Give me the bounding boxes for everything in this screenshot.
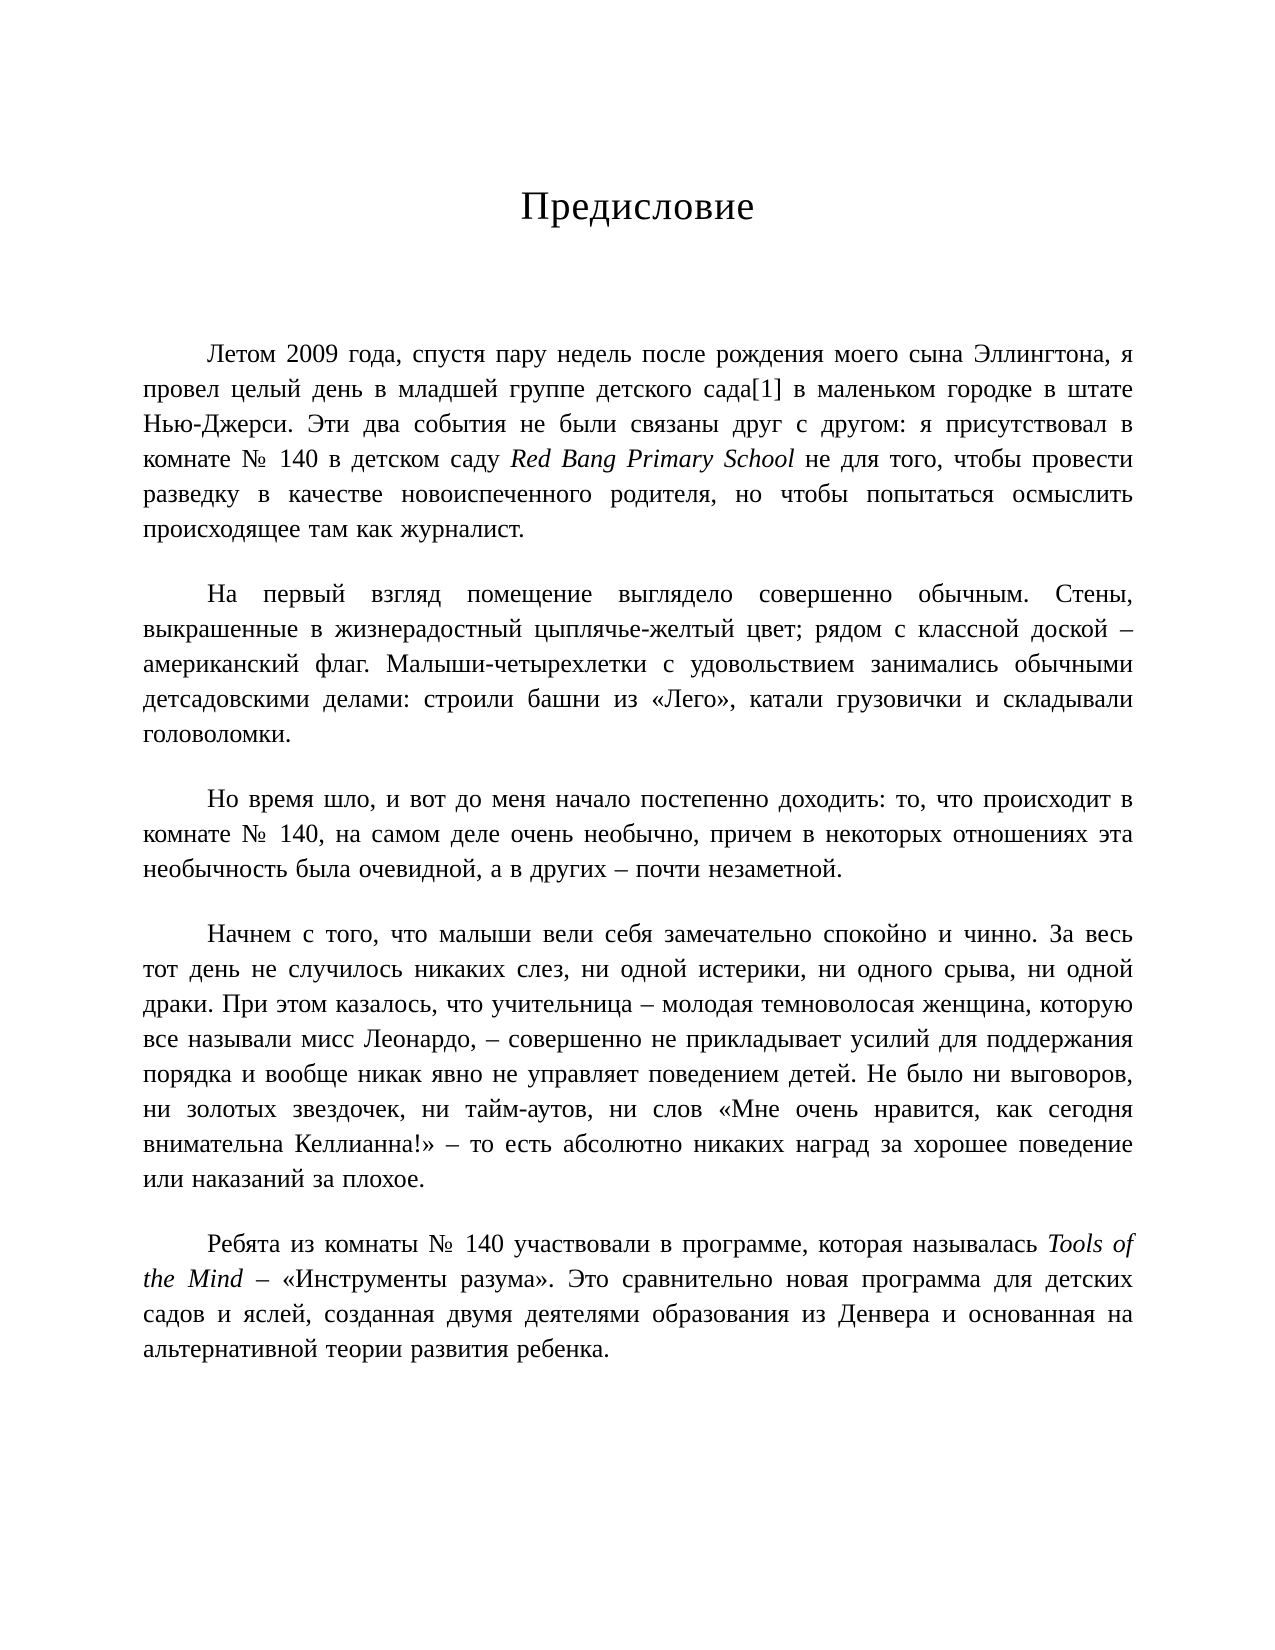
text-run: – «Инструменты разума». Это сравнительно… bbox=[143, 1264, 1133, 1363]
italic-text-run: Red Bang Primary School bbox=[510, 444, 794, 473]
document-page: Предисловие Летом 2009 года, спустя пару… bbox=[0, 0, 1275, 1650]
text-run: Ребята из комнаты № 140 участвовали в пр… bbox=[207, 1229, 1047, 1258]
text-run: Начнем с того, что малыши вели себя заме… bbox=[143, 919, 1133, 1193]
text-run: На первый взгляд помещение выглядело сов… bbox=[143, 579, 1133, 748]
body-text: Летом 2009 года, спустя пару недель посл… bbox=[143, 336, 1133, 1366]
paragraph: На первый взгляд помещение выглядело сов… bbox=[143, 576, 1133, 751]
page-title: Предисловие bbox=[143, 186, 1133, 226]
paragraph: Ребята из комнаты № 140 участвовали в пр… bbox=[143, 1226, 1133, 1366]
paragraph: Летом 2009 года, спустя пару недель посл… bbox=[143, 336, 1133, 546]
paragraph: Но время шло, и вот до меня начало посте… bbox=[143, 781, 1133, 886]
paragraph: Начнем с того, что малыши вели себя заме… bbox=[143, 916, 1133, 1196]
text-run: Но время шло, и вот до меня начало посте… bbox=[143, 784, 1133, 883]
